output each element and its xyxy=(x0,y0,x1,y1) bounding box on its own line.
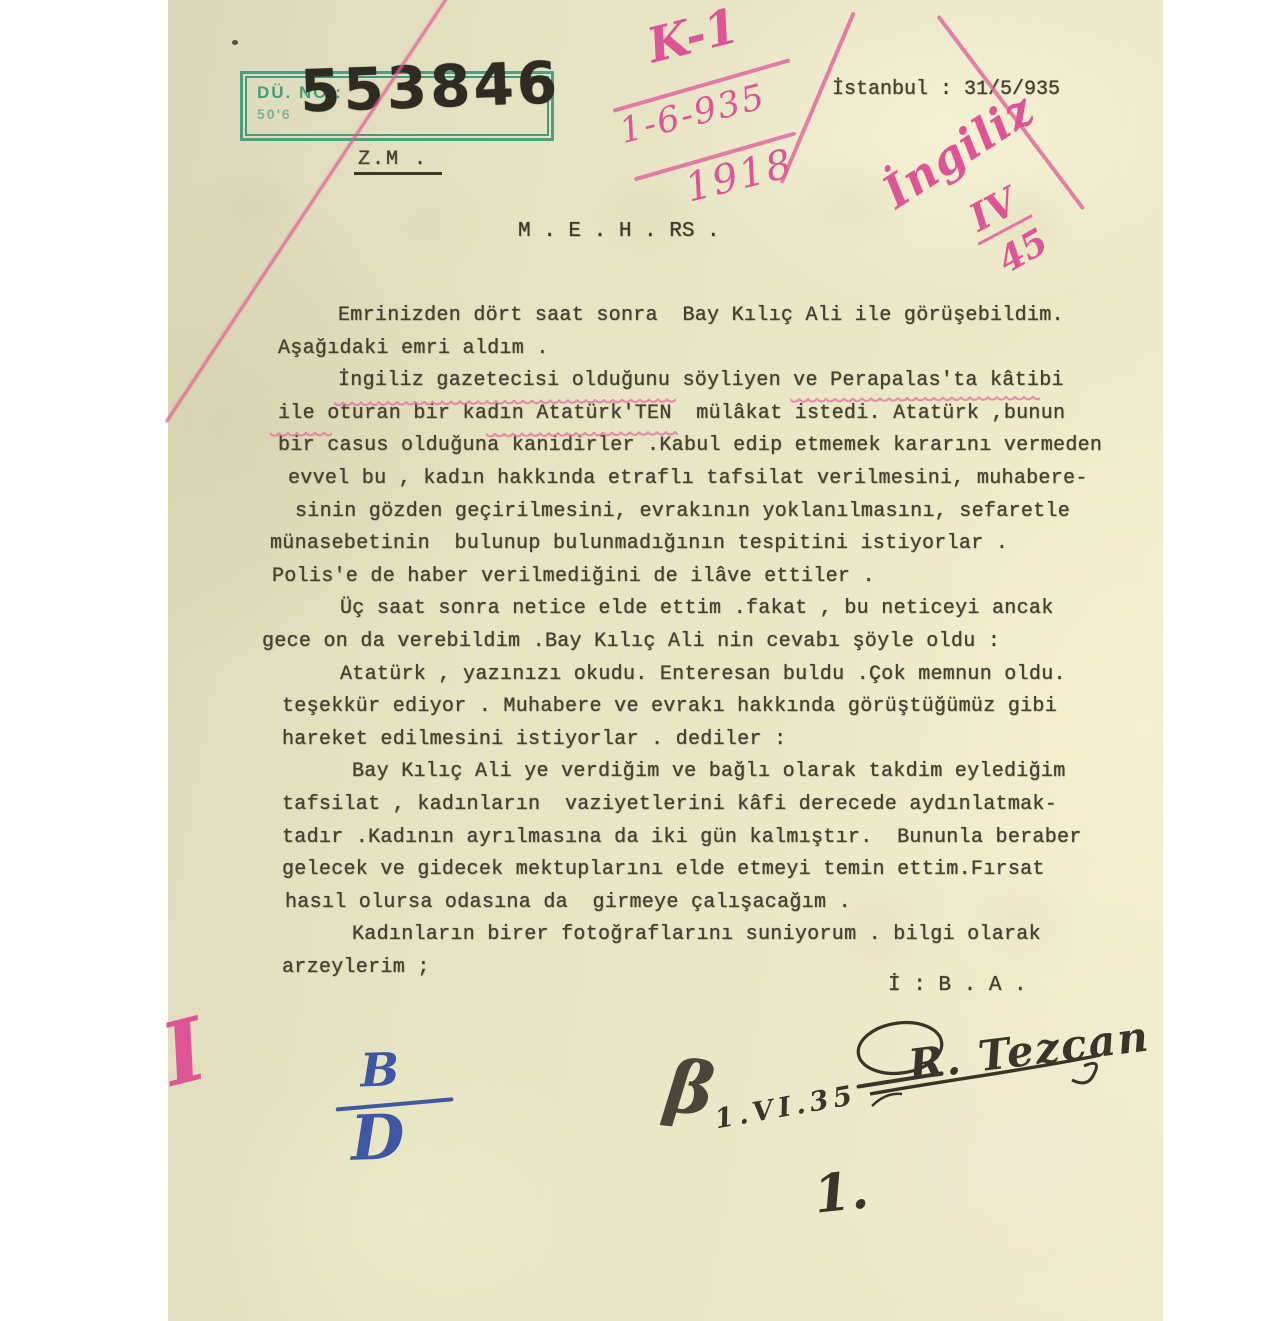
typed-line: evvel bu , kadın hakkında etraflı tafsil… xyxy=(168,463,1163,496)
registry-number-handwritten: 553846 xyxy=(299,53,561,120)
signature: R. Tezcan xyxy=(856,1008,1136,1118)
typed-line: Aşağıdaki emri aldım . xyxy=(168,333,1163,366)
x-mark-arm xyxy=(779,11,855,184)
typed-line: gelecek ve gidecek mektuplarını elde etm… xyxy=(168,854,1163,887)
blue-initial-b: B xyxy=(359,1042,400,1097)
routing-code-k1: K-1 xyxy=(642,0,744,74)
typed-line: münasebetinin bulunup bulunmadığının tes… xyxy=(168,528,1163,561)
pink-initial-i: I xyxy=(154,1006,214,1099)
ink-speck xyxy=(232,40,238,45)
stamp-sublabel: 50'6 xyxy=(257,106,292,122)
paraph-date: 1.VI.35 xyxy=(712,1080,859,1135)
signoff-initials: İ : B . A . xyxy=(888,974,1027,997)
typed-line: hasıl olursa odasına da girmeye çalışaca… xyxy=(168,887,1163,920)
pink-underline xyxy=(270,432,332,441)
typed-line: sinin gözden geçirilmesini, evrakının yo… xyxy=(168,496,1163,529)
typed-line: teşekkür ediyor . Muhabere ve evrakı hak… xyxy=(168,691,1163,724)
typed-line: hareket edilmesini istiyorlar . dediler … xyxy=(168,724,1163,757)
typed-line: Kadınların birer fotoğraflarını suniyoru… xyxy=(168,919,1163,952)
letter-page: DÜ. NO : 50'6 553846 Z.M . M . E . H . R… xyxy=(168,0,1163,1321)
typed-line: İngiliz gazetecisi olduğunu söyliyen ve … xyxy=(168,365,1163,398)
typed-line: Atatürk , yazınızı okudu. Enteresan buld… xyxy=(168,659,1163,692)
typed-line: Polis'e de haber verilmediğini de ilâve … xyxy=(168,561,1163,594)
page-number-handwritten: 1. xyxy=(811,1159,871,1225)
paraph-mark: β xyxy=(662,1050,717,1127)
blue-initial-d: D xyxy=(349,1100,405,1175)
typed-line: Emrinizden dört saat sonra Bay Kılıç Ali… xyxy=(168,300,1163,333)
typed-line: Üç saat sonra netice elde ettim .fakat ,… xyxy=(168,593,1163,626)
typed-line: gece on da verebildim .Bay Kılıç Ali nin… xyxy=(168,626,1163,659)
typed-line: Bay Kılıç Ali ye verdiğim ve bağlı olara… xyxy=(168,756,1163,789)
typed-line: tadır .Kadının ayrılmasına da iki gün ka… xyxy=(168,822,1163,855)
reference-code: Z.M . xyxy=(354,148,442,175)
typed-line: tafsilat , kadınların vaziyetlerini kâfi… xyxy=(168,789,1163,822)
blue-initials-bd: B D xyxy=(333,1040,478,1195)
scanned-document-view: DÜ. NO : 50'6 553846 Z.M . M . E . H . R… xyxy=(0,0,1280,1321)
